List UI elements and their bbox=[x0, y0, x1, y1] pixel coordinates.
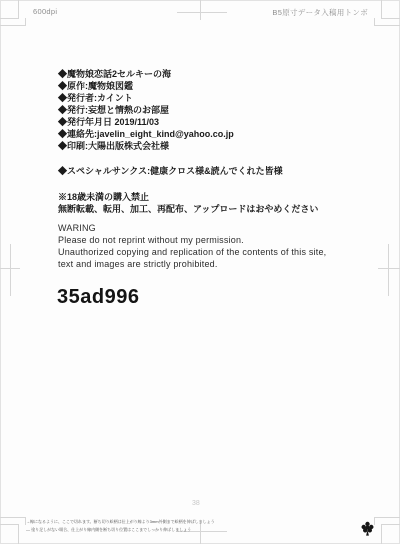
special-thanks-line: ◆スペシャルサンクス:健康クロス様&読んでくれた皆様 bbox=[58, 164, 283, 177]
original-work-line: ◆原作:魔物娘図鑑 bbox=[58, 80, 358, 92]
printer-note-line-2: — 塗り足しがない場合、仕上がり線内側を断ち切り位置はここまでしっかり伸ばしまし… bbox=[26, 526, 215, 534]
age-restriction-line: ※18歳未満の購入禁止 bbox=[58, 191, 318, 203]
clover-mark-icon bbox=[361, 521, 374, 536]
title-line: ◆魔物娘恋話2セルキーの海 bbox=[58, 68, 358, 80]
no-redistribution-line: 無断転載、転用、加工、再配布、アップロードはおやめください bbox=[58, 203, 318, 215]
warning-block: WARING Please do not reprint without my … bbox=[58, 222, 326, 270]
restriction-block: ※18歳未満の購入禁止 無断転載、転用、加工、再配布、アップロードはおやめくださ… bbox=[58, 191, 318, 215]
contact-email-line: ◆連絡先:javelin_eight_kind@yahoo.co.jp bbox=[58, 128, 358, 140]
printer-fine-print: →線になるように、ここで切れます。断ち切り絵柄は仕上がり線より3mm外側まで絵柄… bbox=[26, 518, 215, 534]
warning-line-2: Unauthorized copying and replication of … bbox=[58, 246, 326, 258]
warning-line-1: Please do not reprint without my permiss… bbox=[58, 234, 326, 246]
page-number: 38 bbox=[192, 500, 200, 507]
warning-line-3: text and images are strictly prohibited. bbox=[58, 258, 326, 270]
colophon-credits: ◆魔物娘恋話2セルキーの海 ◆原作:魔物娘図鑑 ◆発行者:カイント ◆発行:妄想… bbox=[58, 68, 358, 152]
warning-title: WARING bbox=[58, 222, 326, 234]
printer-note-line-1: →線になるように、ここで切れます。断ち切り絵柄は仕上がり線より3mm外側まで絵柄… bbox=[26, 518, 215, 526]
printer-line: ◆印刷:大陽出版株式会社様 bbox=[58, 140, 358, 152]
edition-code: 35ad996 bbox=[57, 286, 139, 309]
tombo-template-label: B5原寸データ入稿用トンボ bbox=[272, 7, 368, 18]
circle-line: ◆発行:妄想と情熱のお部屋 bbox=[58, 104, 358, 116]
publisher-line: ◆発行者:カイント bbox=[58, 92, 358, 104]
dpi-label: 600dpi bbox=[33, 7, 57, 16]
scanned-colophon-page: 600dpi B5原寸データ入稿用トンボ bbox=[0, 0, 400, 544]
publish-date-line: ◆発行年月日 2019/11/03 bbox=[58, 116, 358, 128]
